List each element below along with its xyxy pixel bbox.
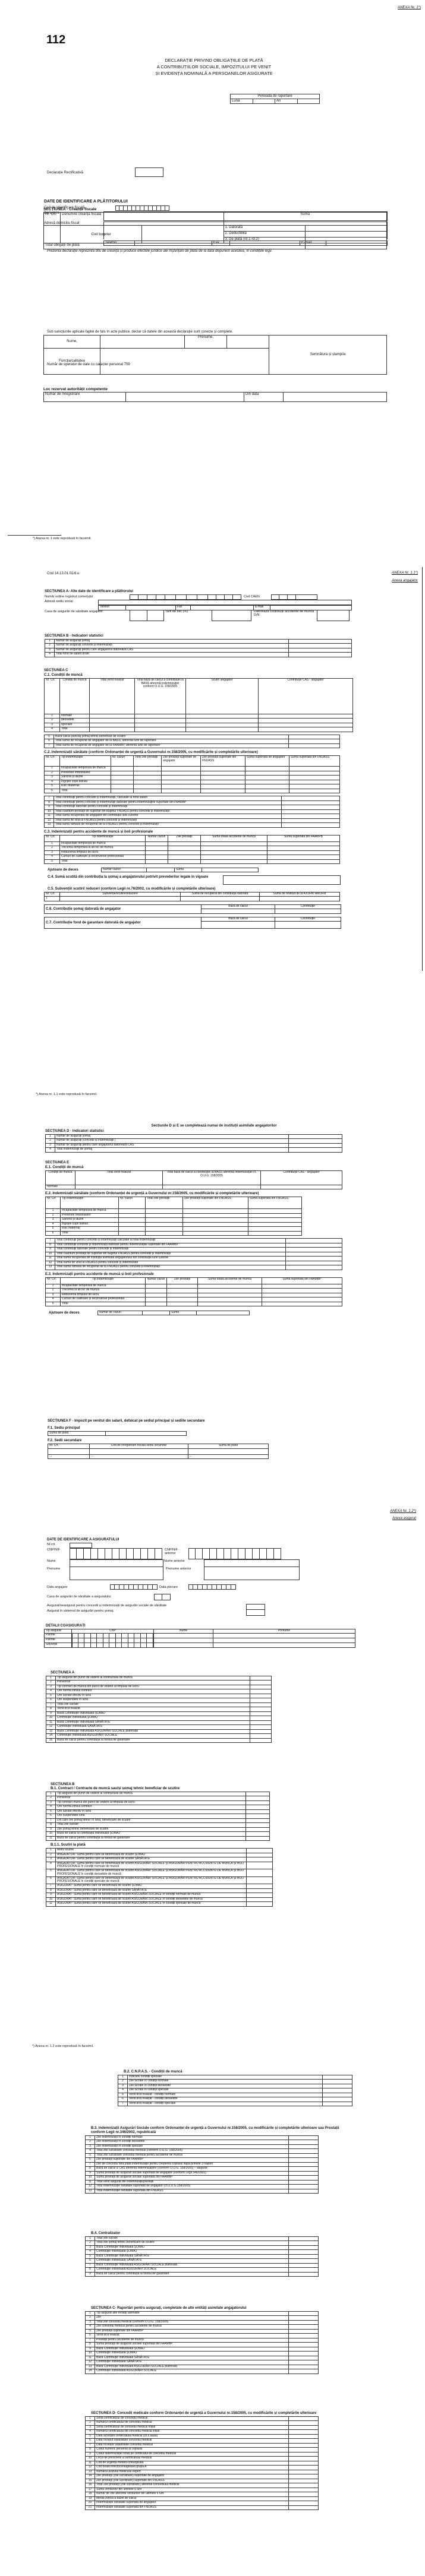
row-value-field[interactable]: [289, 2483, 319, 2488]
hire-date-field[interactable]: [110, 1584, 158, 1590]
row-value-field[interactable]: [245, 780, 289, 784]
row-value-field[interactable]: [286, 1265, 342, 1270]
row-value-field[interactable]: [323, 2102, 352, 2106]
row-value-field[interactable]: [289, 784, 340, 789]
row-value-field[interactable]: [146, 859, 168, 864]
row-value-field[interactable]: [289, 2272, 319, 2277]
row-value-field[interactable]: [201, 771, 245, 776]
row-value-field[interactable]: [248, 1227, 302, 1232]
row-value-field[interactable]: [250, 1716, 272, 1721]
row-value-field[interactable]: [146, 1231, 183, 1236]
function-field[interactable]: [100, 348, 269, 374]
f1-field[interactable]: [106, 1431, 187, 1436]
c4-field[interactable]: [223, 875, 341, 885]
coins-firstname-field[interactable]: [213, 1643, 355, 1648]
coins-name-field[interactable]: [154, 1634, 213, 1638]
e2-col-fnuass: Zile prestații suportate din FNUASS: [183, 1197, 248, 1209]
row-value-field[interactable]: [289, 2365, 319, 2369]
row-value-field[interactable]: [247, 1853, 273, 1857]
row-value-field[interactable]: [247, 1876, 273, 1884]
coins-firstname-field[interactable]: [213, 1638, 355, 1643]
row-value-field[interactable]: [289, 789, 340, 793]
row-value-field[interactable]: [168, 850, 201, 855]
row-value-field[interactable]: [247, 1869, 273, 1877]
row-value-field[interactable]: [289, 2474, 319, 2479]
row-value-field[interactable]: [167, 1293, 198, 1298]
row-value-field[interactable]: [247, 1893, 273, 1898]
row-value-field[interactable]: [250, 1707, 272, 1712]
row-value-field[interactable]: [267, 846, 340, 851]
c6-base-field[interactable]: [202, 909, 275, 914]
row-value-field[interactable]: [247, 1902, 273, 1907]
row-value-field[interactable]: [162, 789, 201, 793]
row-value-field[interactable]: [286, 1239, 342, 1243]
insured-name-prev-field[interactable]: [204, 1559, 300, 1567]
row-value-field[interactable]: [250, 1734, 272, 1739]
row-value-field[interactable]: [289, 2338, 319, 2343]
row-value-field[interactable]: [168, 846, 201, 851]
row-value-field[interactable]: [248, 1218, 302, 1223]
leave-date-field[interactable]: [188, 1584, 236, 1590]
row-value-field[interactable]: [250, 1729, 272, 1734]
row-value-field[interactable]: [289, 2505, 319, 2510]
row-value-field[interactable]: [286, 1257, 342, 1261]
row-value-field[interactable]: [201, 846, 267, 851]
row-value-field[interactable]: [201, 859, 267, 864]
row-value-field[interactable]: [201, 784, 245, 789]
row-value-field[interactable]: [282, 814, 340, 819]
reg-number-field[interactable]: [126, 393, 244, 402]
row-value-field[interactable]: [259, 723, 353, 727]
row-value-field[interactable]: [248, 1231, 302, 1236]
row-value-field[interactable]: [162, 767, 201, 771]
row-value-field[interactable]: [289, 739, 340, 744]
e-deces-sum-field[interactable]: [197, 1311, 250, 1315]
row-value-field[interactable]: [245, 776, 289, 780]
row-value-field[interactable]: [286, 1261, 342, 1265]
row-value-field[interactable]: [134, 776, 162, 780]
row-value-field[interactable]: [282, 805, 340, 810]
signature-box[interactable]: Semnătura și ștampila: [269, 335, 387, 374]
row-value-field[interactable]: [286, 1248, 342, 1252]
row-value-field[interactable]: [323, 2093, 352, 2097]
row-value-field[interactable]: [162, 771, 201, 776]
row-value-field[interactable]: [90, 719, 135, 723]
row-value-field[interactable]: [289, 2488, 319, 2492]
unemployment-field[interactable]: [246, 1610, 265, 1616]
deductibila-field[interactable]: [305, 232, 386, 238]
row-value-field[interactable]: [198, 1302, 262, 1306]
insured-cas-field[interactable]: [154, 1594, 171, 1600]
row-value-field[interactable]: [246, 1832, 270, 1837]
row-value-field[interactable]: [282, 818, 340, 823]
row-value-field[interactable]: [134, 789, 162, 793]
row-value-field[interactable]: [246, 1827, 270, 1832]
row-value-field[interactable]: [167, 1302, 198, 1306]
deces-sum-field[interactable]: [202, 868, 259, 872]
risk-field[interactable]: [212, 610, 251, 621]
row-value-field[interactable]: [247, 1888, 273, 1893]
row-value-field[interactable]: [323, 2075, 352, 2080]
cas-field-1[interactable]: [130, 610, 147, 621]
row-value-field[interactable]: [111, 784, 134, 789]
row-value-field[interactable]: [250, 1725, 272, 1730]
row-value-field[interactable]: [250, 1720, 272, 1725]
row-value-field[interactable]: [262, 1289, 342, 1293]
row-value-field[interactable]: [289, 776, 340, 780]
row-value-field[interactable]: [119, 1227, 146, 1232]
coins-cnp-field[interactable]: [72, 1634, 153, 1638]
row-value-field[interactable]: [201, 776, 245, 780]
c6-contrib-field[interactable]: [275, 909, 341, 914]
row-value-field[interactable]: [289, 2320, 319, 2325]
row-value-field[interactable]: [90, 727, 135, 732]
row-value-field[interactable]: [183, 1227, 248, 1232]
row-value-field[interactable]: [248, 1222, 302, 1227]
row-value-field[interactable]: [186, 727, 259, 732]
coins-cnp-field[interactable]: [72, 1643, 153, 1647]
row-value-field[interactable]: [111, 767, 134, 771]
row-value-field[interactable]: [259, 714, 353, 719]
row-value-field[interactable]: [289, 2263, 319, 2268]
row-value-field[interactable]: [289, 2430, 319, 2435]
row-value-field[interactable]: [146, 1293, 167, 1298]
row-value-field[interactable]: [259, 719, 353, 723]
row-value-field[interactable]: [247, 1862, 273, 1869]
row-value-field[interactable]: [289, 2360, 319, 2365]
row-value-field[interactable]: [282, 823, 340, 828]
row-value-field[interactable]: [250, 1689, 272, 1694]
row-value-field[interactable]: [90, 714, 135, 719]
cas-field-2[interactable]: [147, 610, 164, 621]
row-value-field[interactable]: [289, 2343, 319, 2347]
row-value-field[interactable]: [289, 1139, 342, 1144]
row-value-field[interactable]: [119, 1213, 146, 1218]
coins-cnp-field[interactable]: [72, 1638, 153, 1643]
row-value-field[interactable]: [289, 2140, 319, 2145]
row-value-field[interactable]: [245, 771, 289, 776]
row-value-field[interactable]: [289, 1134, 342, 1139]
reg-date-field[interactable]: [284, 393, 387, 402]
row-value-field[interactable]: [246, 1800, 270, 1805]
row-value-field[interactable]: [289, 771, 340, 776]
row-value-field[interactable]: [201, 850, 267, 855]
row-value-field[interactable]: [289, 2171, 319, 2176]
e3-col-cazuri: Număr cazuri: [146, 1277, 167, 1284]
row-value-field[interactable]: [183, 1218, 248, 1223]
row-value-field[interactable]: [111, 771, 134, 776]
row-value-field[interactable]: [282, 800, 340, 805]
row-value-field[interactable]: [250, 1681, 272, 1685]
row-value-field[interactable]: [146, 1222, 183, 1227]
row-value-field[interactable]: [323, 2097, 352, 2102]
row-value-field[interactable]: [162, 784, 201, 789]
row-value-field[interactable]: [183, 1222, 248, 1227]
row-value-field[interactable]: [146, 846, 168, 851]
caen-field[interactable]: [271, 594, 317, 600]
row-value-field[interactable]: [289, 2352, 319, 2356]
row-value-field[interactable]: [183, 1213, 248, 1218]
row-value-field[interactable]: [262, 1284, 342, 1289]
row-value-field[interactable]: [323, 2088, 352, 2093]
row-value-field[interactable]: [289, 2135, 319, 2140]
cnp-prev-field[interactable]: [188, 1548, 281, 1559]
year-field[interactable]: [297, 99, 320, 103]
row-value-field[interactable]: [289, 2448, 319, 2452]
row-value-field[interactable]: [186, 714, 259, 719]
row-value-field[interactable]: [289, 2470, 319, 2474]
row-value-field[interactable]: [198, 1298, 262, 1302]
row-value-field[interactable]: [289, 2176, 319, 2181]
coins-name-field[interactable]: [154, 1643, 213, 1648]
rectificativa-checkbox[interactable]: [135, 167, 163, 177]
reg-com-field[interactable]: [130, 594, 241, 600]
row-value-field[interactable]: [135, 714, 186, 719]
month-field[interactable]: [253, 99, 275, 103]
row-value-field[interactable]: [289, 2347, 319, 2352]
row-value-field[interactable]: [289, 2185, 319, 2189]
row-value-field[interactable]: [186, 719, 259, 723]
decl-firstname-field[interactable]: [227, 335, 269, 348]
row-value-field[interactable]: [289, 2325, 319, 2330]
c7-contrib-field[interactable]: [275, 922, 341, 929]
accident-field[interactable]: [317, 610, 350, 621]
row-value-field[interactable]: [289, 2416, 319, 2421]
row-value-field[interactable]: [246, 1836, 270, 1841]
row-value-field[interactable]: [201, 841, 267, 846]
row-value-field[interactable]: [119, 1222, 146, 1227]
row-value-field[interactable]: [323, 2084, 352, 2088]
row-value-field[interactable]: [168, 855, 201, 860]
insured-leave-field[interactable]: [246, 1604, 265, 1610]
row-value-field[interactable]: [146, 1298, 167, 1302]
row-value-field[interactable]: [289, 2329, 319, 2334]
row-value-field[interactable]: [289, 2452, 319, 2457]
row-value-field[interactable]: [289, 2268, 319, 2273]
row-value-field[interactable]: [289, 2443, 319, 2448]
row-value-field[interactable]: [267, 841, 340, 846]
row-value-field[interactable]: [90, 723, 135, 727]
decl-name-field[interactable]: [100, 335, 185, 348]
row-value-field[interactable]: [146, 850, 168, 855]
row-value-field[interactable]: [289, 2180, 319, 2185]
row-value-field[interactable]: [289, 2158, 319, 2163]
row-value-field[interactable]: [289, 2241, 319, 2246]
row-value-field[interactable]: [146, 1302, 167, 1306]
insured-firstname-field[interactable]: [70, 1567, 163, 1580]
row-value-field[interactable]: [119, 1218, 146, 1223]
e-deces-cases-field[interactable]: [143, 1311, 170, 1315]
row-value-field[interactable]: [248, 1209, 302, 1214]
row-value-field[interactable]: [289, 780, 340, 784]
row-value-field[interactable]: [286, 1252, 342, 1257]
row-value-field[interactable]: [119, 1209, 146, 1214]
row-value-field[interactable]: [248, 1213, 302, 1218]
row-value-field[interactable]: [282, 796, 340, 801]
row-value-field[interactable]: [289, 2316, 319, 2321]
row-value-field[interactable]: [246, 1814, 270, 1819]
row-value-field[interactable]: [289, 2236, 319, 2241]
row-value-field[interactable]: [289, 1148, 342, 1153]
row-value-field[interactable]: [289, 2254, 319, 2259]
row-value-field[interactable]: [250, 1676, 272, 1681]
row-value-field[interactable]: [246, 1805, 270, 1810]
row-value-field[interactable]: [111, 776, 134, 780]
row-value-field[interactable]: [323, 2080, 352, 2084]
row-value-field[interactable]: [289, 639, 352, 644]
row-value-field[interactable]: [289, 2167, 319, 2172]
row-value-field[interactable]: [289, 2496, 319, 2501]
row-value-field[interactable]: [250, 1685, 272, 1689]
row-value-field[interactable]: [289, 2434, 319, 2439]
row-value-field[interactable]: [289, 2189, 319, 2194]
row-value-field[interactable]: [289, 648, 352, 653]
row-value-field[interactable]: [201, 789, 245, 793]
deces-cases-field[interactable]: [147, 868, 175, 872]
row-value-field[interactable]: [289, 644, 352, 648]
row-value-field[interactable]: [289, 735, 340, 739]
coins-name-field[interactable]: [154, 1638, 213, 1643]
coins-firstname-field[interactable]: [213, 1634, 355, 1638]
row-value-field[interactable]: [146, 1289, 167, 1293]
row-value-field[interactable]: [167, 1298, 198, 1302]
row-value-field[interactable]: [111, 780, 134, 784]
row-value-field[interactable]: [262, 1298, 342, 1302]
row-value-field[interactable]: [289, 2144, 319, 2149]
row-value-field[interactable]: [246, 1809, 270, 1814]
row-value-field[interactable]: [247, 1897, 273, 1902]
row-value-field[interactable]: [245, 789, 289, 793]
row-value-field[interactable]: [168, 859, 201, 864]
row-value-field[interactable]: [289, 2492, 319, 2497]
row-value-field[interactable]: [146, 841, 168, 846]
row-value-field[interactable]: [289, 1143, 342, 1148]
row-value-field[interactable]: [111, 789, 134, 793]
row-number: 4: [45, 727, 60, 732]
row-value-field[interactable]: [289, 653, 352, 657]
datorata-field[interactable]: [305, 226, 386, 232]
row-value-field[interactable]: [245, 767, 289, 771]
row-value-field[interactable]: [282, 809, 340, 814]
row-value-field[interactable]: [247, 1849, 273, 1853]
row-value-field[interactable]: [250, 1702, 272, 1707]
row-value-field[interactable]: [267, 855, 340, 860]
row-value-field[interactable]: [167, 1289, 198, 1293]
row-value-field[interactable]: [201, 780, 245, 784]
row-value-field[interactable]: [162, 776, 201, 780]
row-value-field[interactable]: [119, 1231, 146, 1236]
nr-crt-field[interactable]: [70, 1543, 92, 1548]
row-value-field[interactable]: [201, 767, 245, 771]
cnp-field[interactable]: [70, 1548, 162, 1559]
total-field[interactable]: [305, 243, 386, 249]
row-value-field[interactable]: [146, 855, 168, 860]
row-value-field[interactable]: [289, 2479, 319, 2483]
row-value-field[interactable]: [247, 1884, 273, 1889]
row-value-field[interactable]: [289, 2245, 319, 2250]
row-value-field[interactable]: [289, 2153, 319, 2158]
row-value-field[interactable]: [262, 1293, 342, 1298]
c6-table: C.6. Contribuție șomaj datorată de angaj…: [44, 904, 341, 914]
row-value-field[interactable]: [135, 727, 186, 732]
row-value-field[interactable]: [247, 1857, 273, 1862]
row-value-field[interactable]: [250, 1694, 272, 1698]
row-value-field[interactable]: [198, 1289, 262, 1293]
row-value-field[interactable]: [146, 1284, 167, 1289]
row-value-field[interactable]: [289, 2259, 319, 2264]
row-value-field[interactable]: [146, 1218, 183, 1223]
row-value-field[interactable]: [134, 767, 162, 771]
row-value-field[interactable]: [250, 1698, 272, 1703]
row-value-field[interactable]: [262, 1302, 342, 1306]
row-value-field[interactable]: [183, 1209, 248, 1214]
row-value-field[interactable]: [289, 2461, 319, 2466]
insured-firstname-prev-field[interactable]: [204, 1567, 300, 1580]
row-value-field[interactable]: [134, 784, 162, 789]
row-value-field[interactable]: [162, 780, 201, 784]
row-value-field[interactable]: [146, 1209, 183, 1214]
row-value-field[interactable]: [201, 855, 267, 860]
row-value-field[interactable]: [245, 784, 289, 789]
insured-name-field[interactable]: [70, 1559, 163, 1567]
row-value-field[interactable]: [289, 2421, 319, 2426]
row-value-field[interactable]: [250, 1711, 272, 1716]
row-value-field[interactable]: [259, 727, 353, 732]
row-value-field[interactable]: [289, 2162, 319, 2167]
row-value-field[interactable]: [289, 2149, 319, 2154]
row-value-field[interactable]: [146, 1227, 183, 1232]
row-value-field[interactable]: [134, 780, 162, 784]
row-value-field[interactable]: [289, 2466, 319, 2470]
cod-bugetar-field[interactable]: [142, 226, 223, 243]
reporting-period: Perioada de raportare Lună An: [230, 94, 320, 104]
c7-base-field[interactable]: [202, 922, 275, 929]
row-value-field[interactable]: [289, 2501, 319, 2506]
row-value-field[interactable]: [289, 2457, 319, 2461]
row-value-field[interactable]: [246, 1818, 270, 1823]
row-value-field[interactable]: [286, 1243, 342, 1248]
row-value-field[interactable]: [246, 1823, 270, 1828]
row-value-field[interactable]: [250, 1738, 272, 1743]
row-value-field[interactable]: [198, 1293, 262, 1298]
row-value-field[interactable]: [246, 1796, 270, 1801]
anexa-1-label: ANEXA Nr. 1*): [333, 6, 421, 10]
row-value-field[interactable]: [146, 1213, 183, 1218]
row-value-field[interactable]: [289, 2311, 319, 2316]
row-value-field[interactable]: [289, 2334, 319, 2338]
row-value-field[interactable]: [267, 850, 340, 855]
row-value-field[interactable]: [186, 723, 259, 727]
social-address-field[interactable]: [98, 600, 352, 605]
row-value-field[interactable]: [289, 2425, 319, 2430]
row-value-field[interactable]: [183, 1231, 248, 1236]
row-value-field[interactable]: [289, 2250, 319, 2255]
row-value-field[interactable]: [289, 2369, 319, 2374]
row-value-field[interactable]: [267, 859, 340, 864]
row-value-field[interactable]: [289, 743, 340, 748]
row-value-field[interactable]: [167, 1284, 198, 1289]
row-value-field[interactable]: [135, 719, 186, 723]
row-value-field[interactable]: [198, 1284, 262, 1289]
row-value-field[interactable]: [289, 2439, 319, 2444]
row-value-field[interactable]: [134, 771, 162, 776]
row-value-field[interactable]: [135, 723, 186, 727]
row-value-field[interactable]: [168, 841, 201, 846]
row-value-field[interactable]: [246, 1792, 270, 1796]
row-value-field[interactable]: [289, 767, 340, 771]
de-plata-field[interactable]: [305, 238, 386, 243]
row-value-field[interactable]: [289, 2356, 319, 2360]
